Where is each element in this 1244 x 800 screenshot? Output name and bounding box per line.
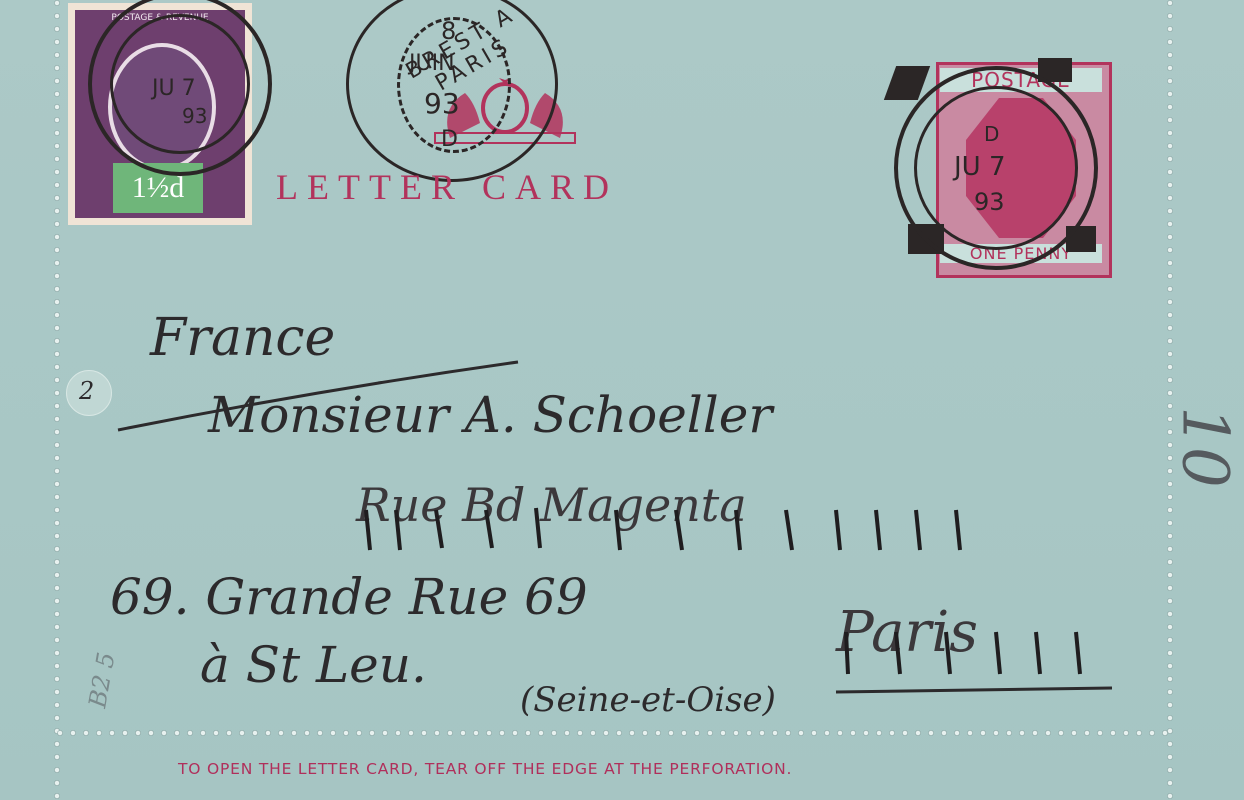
letter-card-title: LETTER CARD	[276, 166, 618, 208]
postmark-date: JU 7	[152, 76, 196, 101]
city-strike-and-underline	[836, 630, 1116, 700]
postmark-code: D	[441, 127, 458, 152]
postmark-month: JUIN	[409, 51, 455, 76]
postmark-brest-a-paris: BREST A PARIS 8 JUIN 93 D	[346, 0, 558, 182]
address-country: France	[150, 308, 335, 368]
letter-card: POSTAGE & REVENUE 1½d JU 7 93 BREST A PA…	[0, 0, 1244, 800]
tear-instruction: TO OPEN THE LETTER CARD, TEAR OFF THE ED…	[178, 760, 792, 778]
circled-number-mark: 2	[66, 370, 112, 416]
postmark-year: 93	[182, 104, 207, 128]
address-town: à St Leu.	[200, 636, 427, 694]
address-addressee: Monsieur A. Schoeller	[208, 386, 772, 444]
postmark-jersey-left: JU 7 93	[88, 0, 272, 176]
strikethrough-marks	[356, 500, 996, 560]
pencil-note-right: 10	[1168, 406, 1242, 487]
postmark-jersey-right: D JU 7 93	[894, 66, 1098, 270]
address-department: (Seine-et-Oise)	[520, 680, 776, 720]
address-new-street: 69. Grande Rue 69	[110, 568, 588, 626]
right-perforation	[1167, 0, 1173, 800]
postmark-year: 93	[974, 188, 1005, 216]
bottom-perforation	[57, 730, 1170, 736]
circled-number: 2	[79, 377, 94, 405]
pencil-note-left: B2 5	[83, 650, 120, 710]
postmark-day: 8	[441, 17, 456, 45]
left-perforation	[54, 0, 60, 800]
postmark-date: JU 7	[954, 152, 1006, 182]
postmark-code: D	[984, 122, 999, 146]
postmark-year: 93	[424, 87, 460, 120]
